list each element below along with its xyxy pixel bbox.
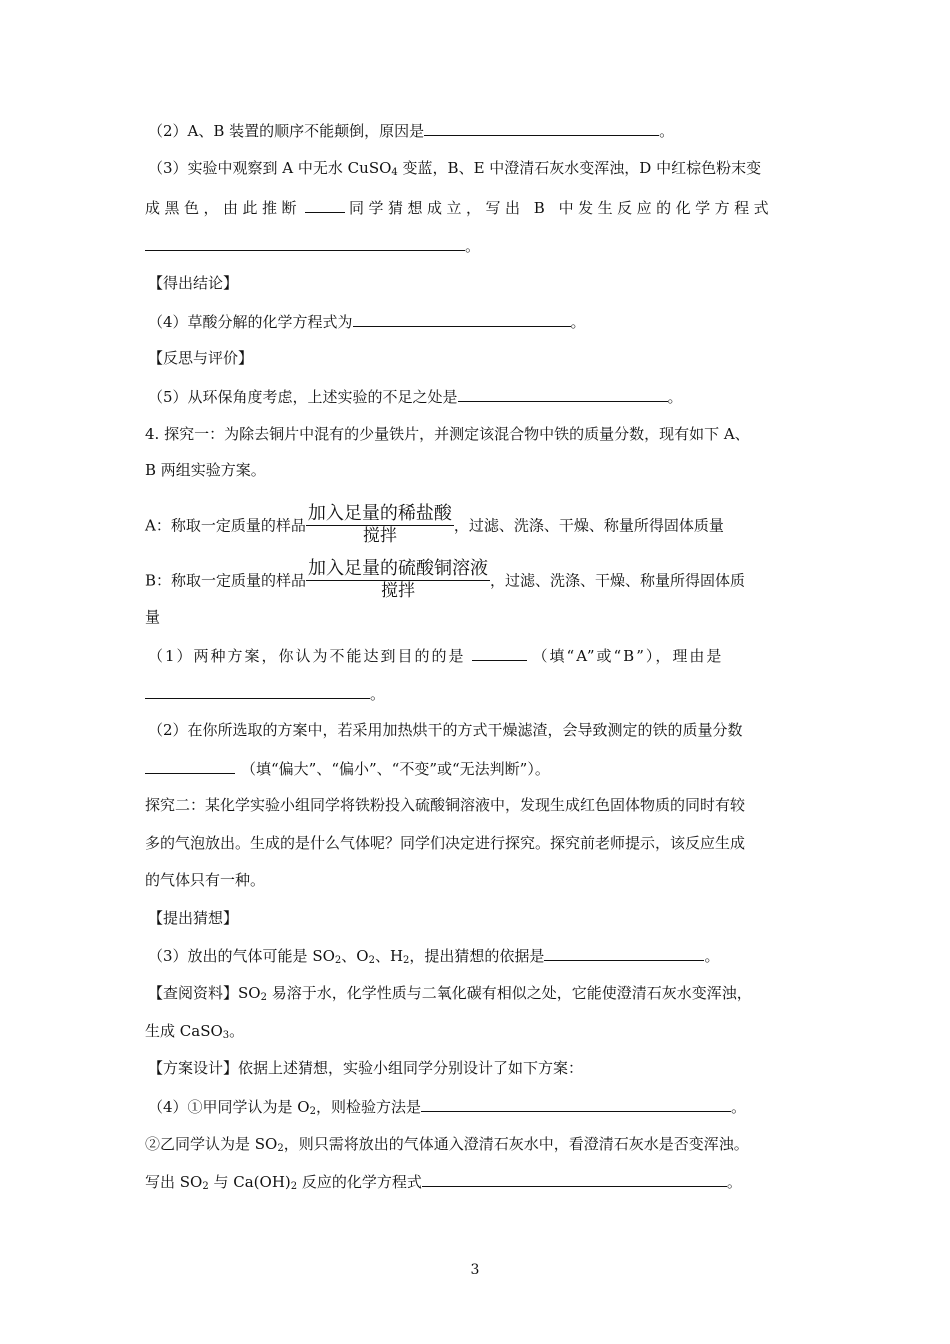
- s4c-mid: 与 Ca(OH): [209, 1173, 291, 1191]
- s3-mid: 、O: [341, 947, 368, 965]
- reference-info-line1: 【查阅资料】SO2 易溶于水，化学性质与二氧化碳有相似之处，它能使澄清石灰水变浑…: [148, 983, 752, 1003]
- plan-b-label: B：称取一定质量的样品: [145, 572, 306, 590]
- q3-post: 同学猜想成立，写出 B 中发生反应的化学方程式: [349, 199, 773, 217]
- s4c-post: 反应的化学方程式: [297, 1173, 422, 1191]
- ref-pre: 生成 CaSO: [145, 1022, 223, 1040]
- s1-pre: （1）两种方案，你认为不能达到目的的是: [148, 647, 466, 665]
- sub-question-3: （3）放出的气体可能是 SO2、O2、H2，提出猜想的依据是。: [148, 945, 719, 966]
- plan-b: B：称取一定质量的样品加入足量的硫酸铜溶液搅拌，过滤、洗涤、干燥、称量所得固体质: [145, 560, 745, 603]
- s3-post: ，提出猜想的依据是: [409, 947, 544, 965]
- answer-blank[interactable]: [353, 311, 571, 327]
- period: 。: [571, 313, 586, 331]
- section-heading-conclusion: 【得出结论】: [148, 273, 238, 293]
- exam-page: （2）A、B 装置的顺序不能颠倒，原因是。 （3）实验中观察到 A 中无水 Cu…: [0, 0, 950, 1344]
- period: 。: [704, 947, 719, 965]
- answer-blank[interactable]: [424, 120, 659, 136]
- sub-question-2-line1: （2）在你所选取的方案中，若采用加热烘干的方式干燥滤渣，会导致测定的铁的质量分数: [148, 720, 743, 740]
- s2-post: （填“偏大”、“偏小”、“不变”或“无法判断”）。: [241, 760, 550, 778]
- ref-pre: 【查阅资料】SO: [148, 984, 261, 1002]
- period: 。: [727, 1173, 742, 1191]
- ref-post: 易溶于水，化学性质与二氧化碳有相似之处，它能使澄清石灰水变浑浊，: [267, 984, 752, 1002]
- answer-blank[interactable]: [544, 945, 704, 961]
- answer-blank[interactable]: [145, 235, 465, 251]
- sub-question-4-line1: （4）①甲同学认为是 O2，则检验方法是。: [148, 1096, 746, 1117]
- reaction-condition-fraction: 加入足量的硫酸铜溶液搅拌: [306, 558, 490, 601]
- section-heading-reflection: 【反思与评价】: [148, 348, 253, 368]
- q3-pre: 成黑色，由此推断: [145, 199, 301, 217]
- s4-pre: （4）①甲同学认为是 O: [148, 1098, 310, 1116]
- answer-blank[interactable]: [145, 683, 370, 699]
- question-2: （2）A、B 装置的顺序不能颠倒，原因是。: [148, 120, 674, 141]
- period: 。: [668, 388, 683, 406]
- period: 。: [229, 1022, 244, 1040]
- s4b-pre: ②乙同学认为是 SO: [145, 1135, 277, 1153]
- sub-question-1-line1: （1）两种方案，你认为不能达到目的的是（填“A”或“B”），理由是: [148, 645, 723, 666]
- sub-question-2-line2: （填“偏大”、“偏小”、“不变”或“无法判断”）。: [145, 758, 550, 779]
- exploration-2-line3: 的气体只有一种。: [145, 870, 265, 890]
- condition-reagent: 加入足量的硫酸铜溶液: [306, 558, 490, 581]
- answer-blank[interactable]: [305, 197, 345, 213]
- section-heading-hypothesis: 【提出猜想】: [148, 908, 238, 928]
- exploration-2-line2: 多的气泡放出。生成的是什么气体呢？同学们决定进行探究。探究前老师提示，该反应生成: [145, 833, 745, 853]
- s3-pre: （3）放出的气体可能是 SO: [148, 947, 335, 965]
- q4-text: （4）草酸分解的化学方程式为: [148, 313, 353, 331]
- question-3-line3: 。: [145, 235, 480, 256]
- s1-post: （填“A”或“B”），理由是: [533, 647, 724, 665]
- plan-a-rest: ，过滤、洗涤、干燥、称量所得固体质量: [454, 517, 724, 535]
- answer-blank[interactable]: [458, 386, 668, 402]
- answer-blank[interactable]: [421, 1096, 731, 1112]
- q3-text-rest: 变蓝，B、E 中澄清石灰水变浑浊，D 中红棕色粉末变: [398, 159, 761, 177]
- plan-a-label: A：称取一定质量的样品: [145, 517, 306, 535]
- design-heading: 【方案设计】依据上述猜想，实验小组同学分别设计了如下方案：: [148, 1058, 583, 1078]
- plan-b-tail: 量: [145, 607, 160, 627]
- q3-text: （3）实验中观察到 A 中无水 CuSO: [148, 159, 391, 177]
- period: 。: [659, 122, 674, 140]
- q2-text: （2）A、B 装置的顺序不能颠倒，原因是: [148, 122, 424, 140]
- sub-question-4-line2: ②乙同学认为是 SO2，则只需将放出的气体通入澄清石灰水中，看澄清石灰水是否变浑…: [145, 1134, 749, 1154]
- problem-4-line1: 4. 探究一：为除去铜片中混有的少量铁片，并测定该混合物中铁的质量分数，现有如下…: [145, 424, 750, 444]
- s4-post: ，则检验方法是: [316, 1098, 421, 1116]
- question-5: （5）从环保角度考虑，上述实验的不足之处是。: [148, 386, 683, 407]
- condition-stir: 搅拌: [306, 581, 490, 601]
- answer-blank[interactable]: [145, 758, 235, 774]
- reference-info-line2: 生成 CaSO3。: [145, 1021, 244, 1041]
- plan-a: A：称取一定质量的样品加入足量的稀盐酸搅拌，过滤、洗涤、干燥、称量所得固体质量: [145, 505, 724, 548]
- question-3-line1: （3）实验中观察到 A 中无水 CuSO4 变蓝，B、E 中澄清石灰水变浑浊，D…: [148, 158, 761, 178]
- sub-question-1-line2: 。: [145, 683, 385, 704]
- sub-question-4-line3: 写出 SO2 与 Ca(OH)2 反应的化学方程式。: [145, 1171, 742, 1192]
- q5-text: （5）从环保角度考虑，上述实验的不足之处是: [148, 388, 458, 406]
- question-3-line2: 成黑色，由此推断同学猜想成立，写出 B 中发生反应的化学方程式: [145, 197, 773, 218]
- condition-stir: 搅拌: [306, 526, 454, 546]
- answer-blank[interactable]: [422, 1171, 727, 1187]
- reaction-condition-fraction: 加入足量的稀盐酸搅拌: [306, 503, 454, 546]
- s4c-pre: 写出 SO: [145, 1173, 202, 1191]
- exploration-2-line1: 探究二：某化学实验小组同学将铁粉投入硫酸铜溶液中，发现生成红色固体物质的同时有较: [145, 795, 745, 815]
- page-number: 3: [0, 1262, 950, 1278]
- s3-mid: 、H: [375, 947, 403, 965]
- problem-4-line2: B 两组实验方案。: [145, 460, 266, 480]
- period: 。: [731, 1098, 746, 1116]
- plan-b-rest: ，过滤、洗涤、干燥、称量所得固体质: [490, 572, 745, 590]
- condition-reagent: 加入足量的稀盐酸: [306, 503, 454, 526]
- period: 。: [465, 237, 480, 255]
- answer-blank[interactable]: [472, 645, 527, 661]
- period: 。: [370, 685, 385, 703]
- question-4: （4）草酸分解的化学方程式为。: [148, 311, 586, 332]
- s4b-post: ，则只需将放出的气体通入澄清石灰水中，看澄清石灰水是否变浑浊。: [284, 1135, 749, 1153]
